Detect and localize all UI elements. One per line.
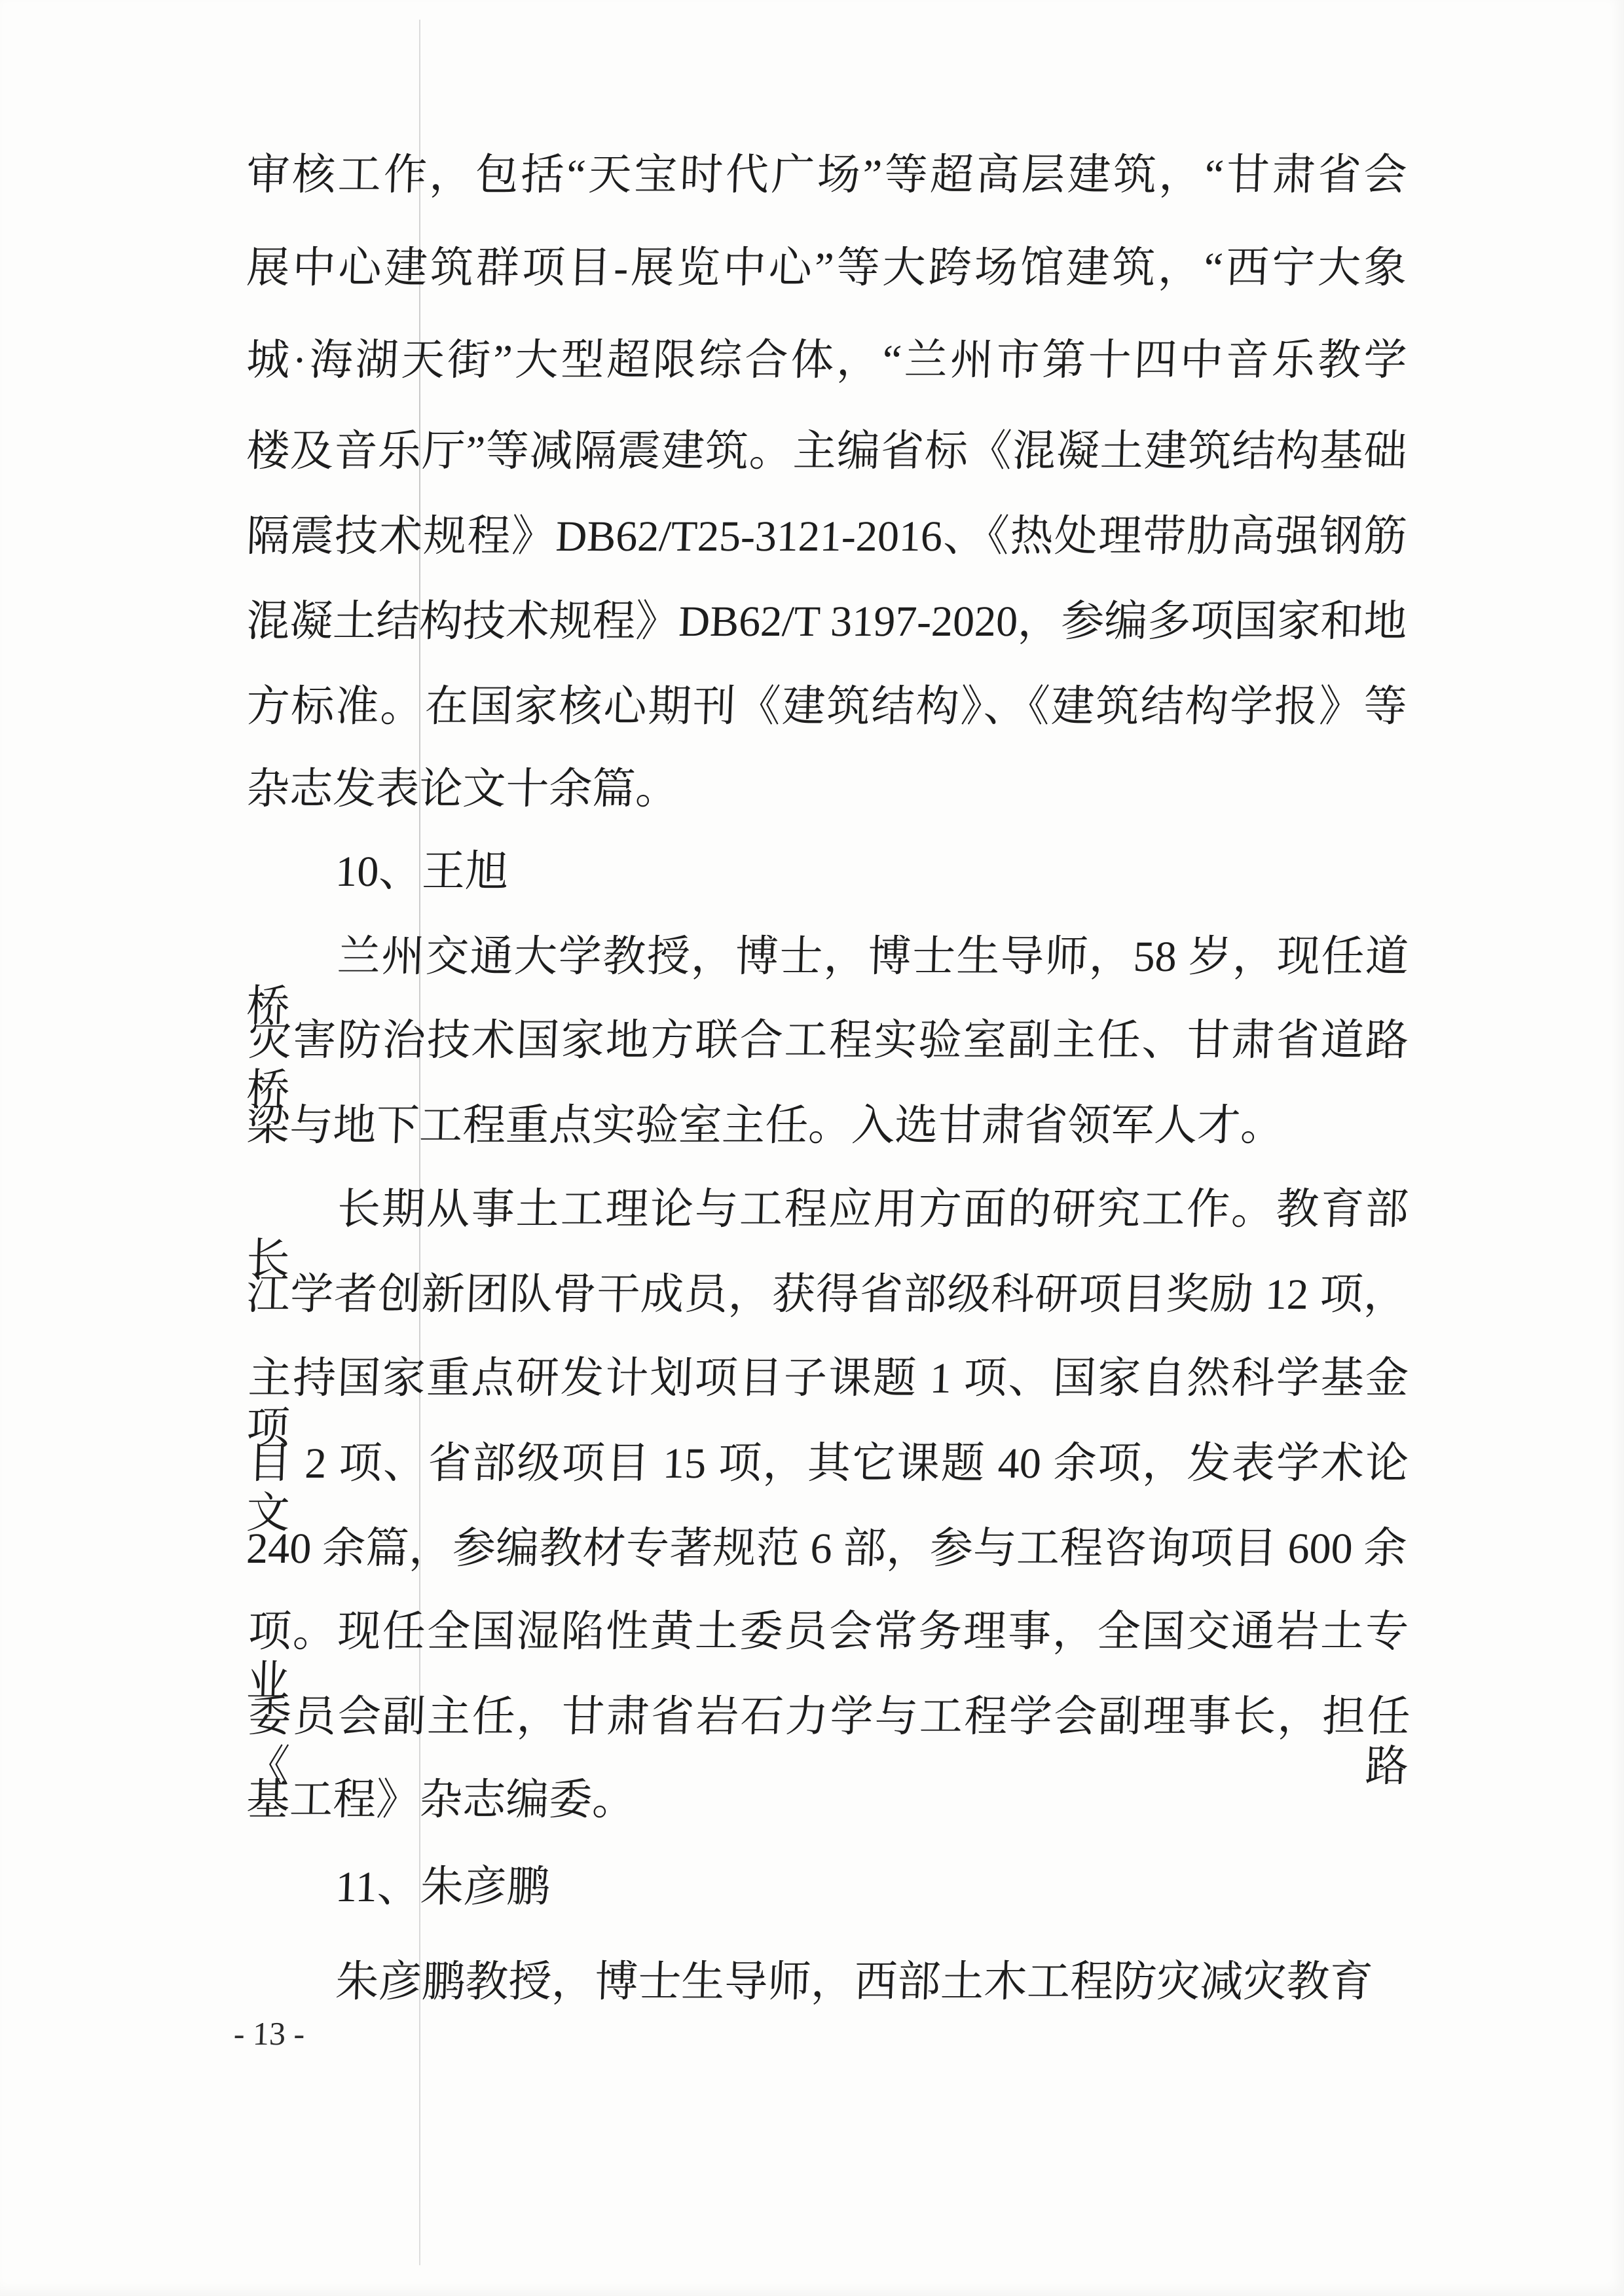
text-line: 隔震技术规程》DB62/T25-3121-2016、《热处理带肋高强钢筋	[246, 512, 1408, 562]
text-line: 城·海湖天街”大型超限综合体，“兰州市第十四中音乐教学	[246, 336, 1408, 386]
text-line: 方标准。在国家核心期刊《建筑结构》、《建筑结构学报》等	[246, 682, 1408, 732]
text-line: 基工程》杂志编委。	[246, 1776, 1408, 1825]
text-line: 楼及音乐厅”等减隔震建筑。主编省标《混凝土建筑结构基础	[246, 427, 1408, 477]
text-line: 240 余篇，参编教材专著规范 6 部，参与工程咨询项目 600 余	[246, 1524, 1408, 1574]
text-line: 江学者创新团队骨干成员，获得省部级科研项目奖励 12 项，	[246, 1270, 1408, 1320]
section-heading-10: 10、王旭	[246, 847, 1408, 897]
document-page: 审核工作，包括“天宝时代广场”等超高层建筑，“甘肃省会 展中心建筑群项目-展览中…	[0, 0, 1624, 2296]
page-number: - 13 -	[233, 2015, 305, 2052]
text-line: 朱彦鹏教授，博士生导师，西部土木工程防灾减灾教育	[246, 1958, 1408, 2007]
text-line: 审核工作，包括“天宝时代广场”等超高层建筑，“甘肃省会	[246, 151, 1408, 200]
text-line: 杂志发表论文十余篇。	[246, 765, 1408, 814]
text-line: 展中心建筑群项目-展览中心”等大跨场馆建筑，“西宁大象	[246, 244, 1408, 293]
text-line: 梁与地下工程重点实验室主任。入选甘肃省领军人才。	[246, 1101, 1408, 1151]
section-heading-11: 11、朱彦鹏	[246, 1863, 1408, 1912]
text-line: 混凝土结构技术规程》DB62/T 3197-2020，参编多项国家和地	[246, 597, 1408, 647]
